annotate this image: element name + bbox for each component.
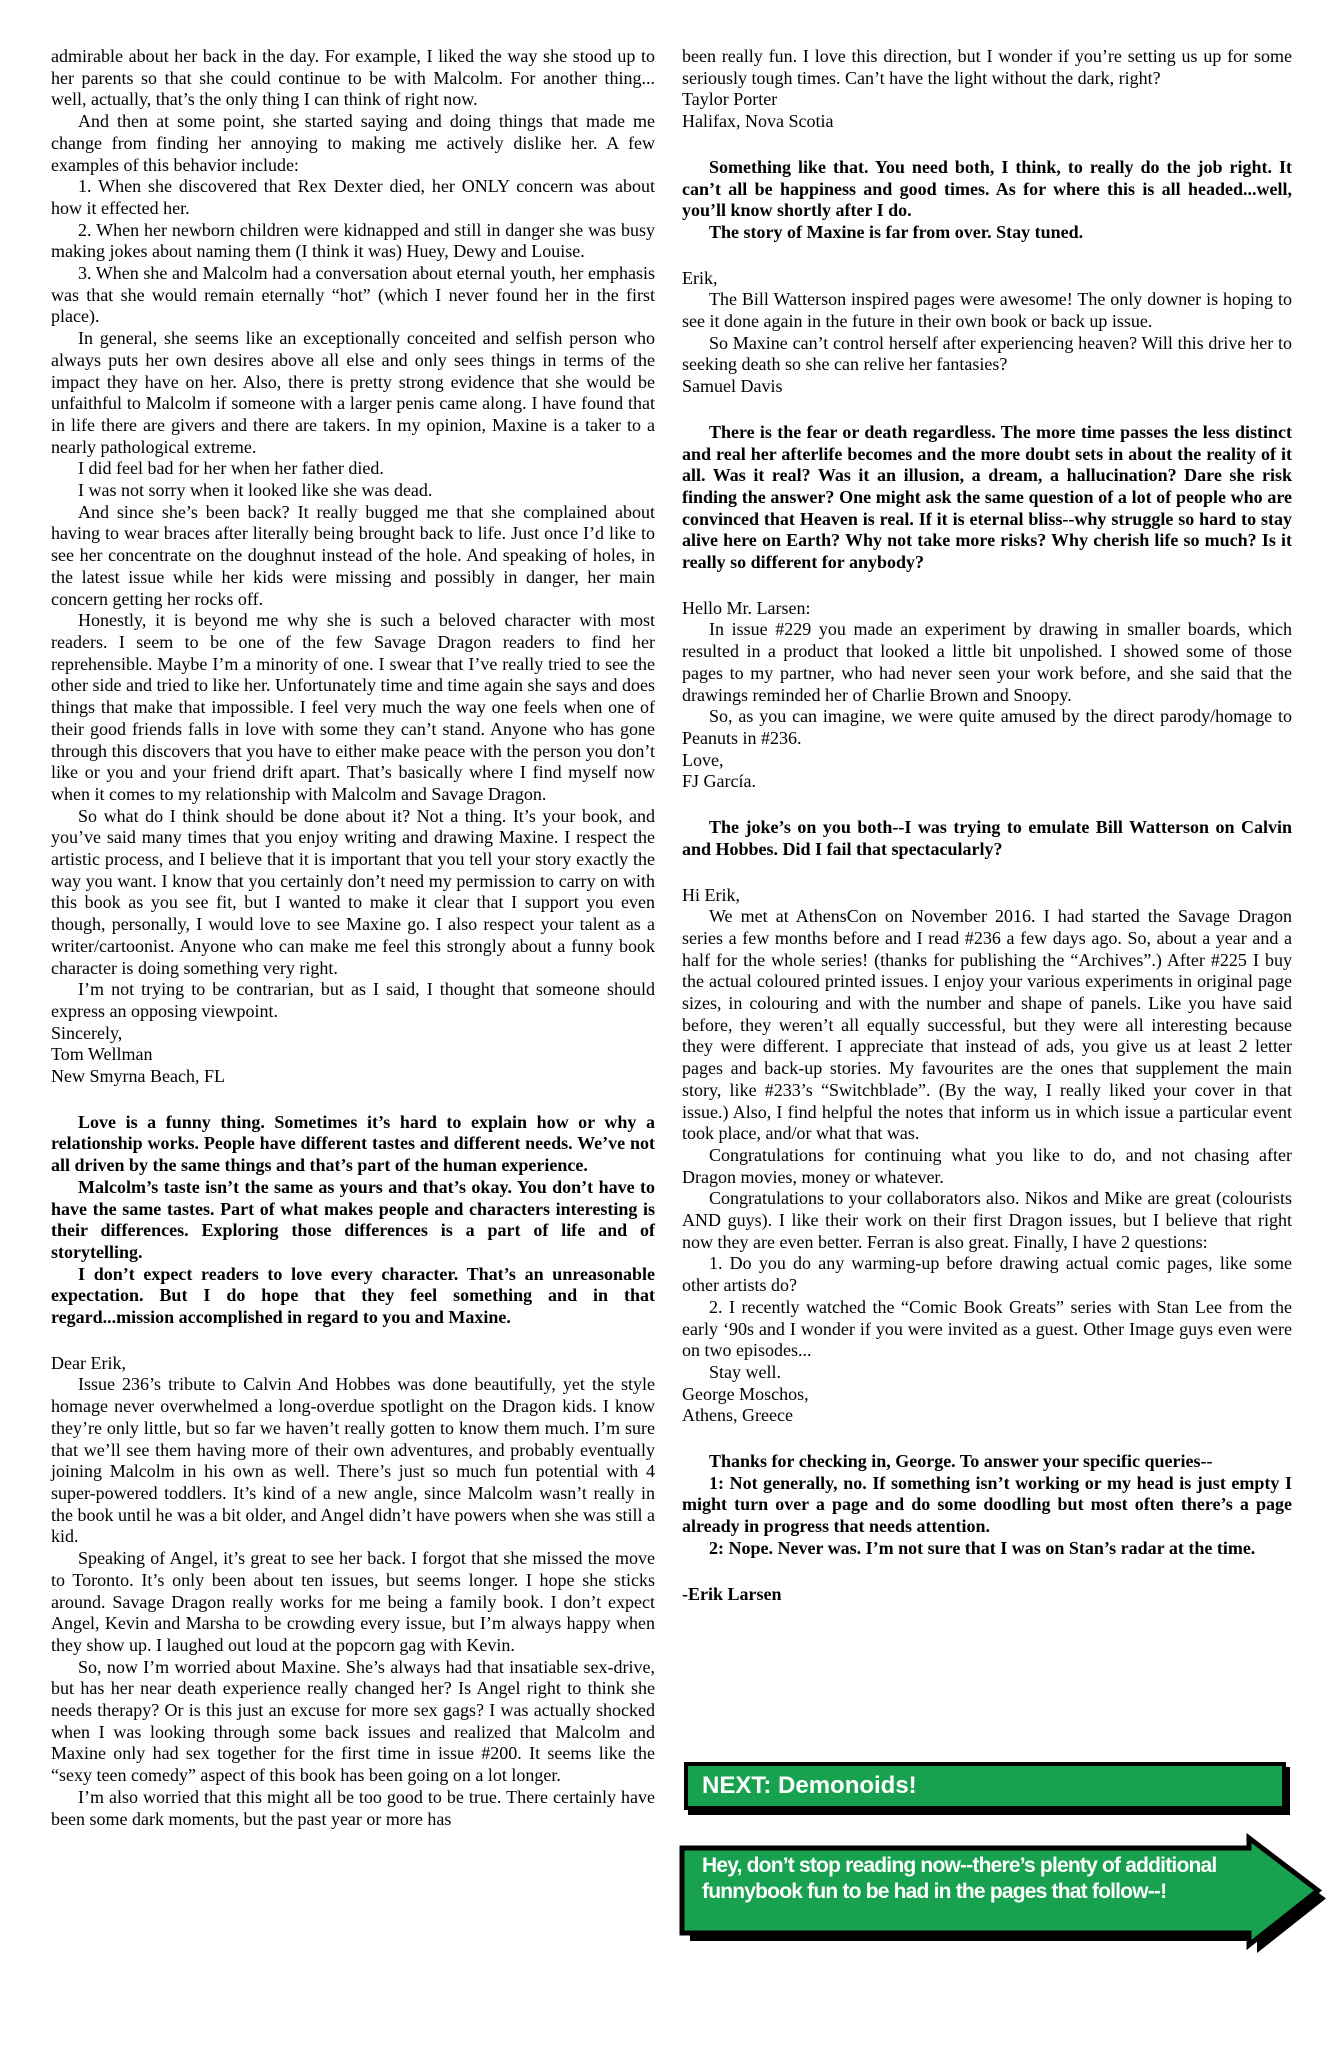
paragraph: 2. I recently watched the “Comic Book Gr… <box>682 1297 1292 1362</box>
paragraph: I’m not trying to be contrarian, but as … <box>51 979 655 1022</box>
paragraph: I did feel bad for her when her father d… <box>51 458 655 480</box>
paragraph-gap <box>682 133 1292 157</box>
paragraph: The Bill Watterson inspired pages were a… <box>682 289 1292 332</box>
paragraph: Congratulations for continuing what you … <box>682 1145 1292 1188</box>
paragraph: Hello Mr. Larsen: <box>682 598 1292 620</box>
signature-line: Taylor Porter <box>682 89 1292 111</box>
signature-line: Athens, Greece <box>682 1405 1292 1427</box>
editor-reply-paragraph: Thanks for checking in, George. To answe… <box>682 1451 1292 1473</box>
editor-reply-paragraph: 2: Nope. Never was. I’m not sure that I … <box>682 1538 1292 1560</box>
letters-page: admirable about her back in the day. For… <box>0 0 1332 2048</box>
editor-reply-paragraph: The joke’s on you both--I was trying to … <box>682 817 1292 860</box>
paragraph: Speaking of Angel, it’s great to see her… <box>51 1548 655 1657</box>
paragraph: Hi Erik, <box>682 885 1292 907</box>
editor-reply-paragraph: I don’t expect readers to love every cha… <box>51 1264 655 1329</box>
paragraph-gap <box>51 1329 655 1353</box>
paragraph-gap <box>682 244 1292 268</box>
paragraph: 1. Do you do any warming-up before drawi… <box>682 1253 1292 1296</box>
right-column: been really fun. I love this direction, … <box>682 46 1292 1605</box>
paragraph-gap <box>682 1560 1292 1584</box>
editor-reply-paragraph: Something like that. You need both, I th… <box>682 157 1292 222</box>
signature-line: Tom Wellman <box>51 1044 655 1066</box>
paragraph-gap <box>682 574 1292 598</box>
paragraph: And then at some point, she started sayi… <box>51 111 655 176</box>
editor-reply-paragraph: Love is a funny thing. Sometimes it’s ha… <box>51 1112 655 1177</box>
paragraph: So Maxine can’t control herself after ex… <box>682 333 1292 376</box>
paragraph: So, now I’m worried about Maxine. She’s … <box>51 1657 655 1787</box>
paragraph: 3. When she and Malcolm had a conversati… <box>51 263 655 328</box>
paragraph: Dear Erik, <box>51 1353 655 1375</box>
paragraph: And since she’s been back? It really bug… <box>51 502 655 611</box>
paragraph: Erik, <box>682 268 1292 290</box>
signature-line: Love, <box>682 750 1292 772</box>
editor-reply-paragraph: Malcolm’s taste isn’t the same as yours … <box>51 1177 655 1264</box>
signature-line: Samuel Davis <box>682 376 1292 398</box>
continue-reading-text: Hey, don’t stop reading now--there’s ple… <box>702 1853 1216 1905</box>
editor-signature: -Erik Larsen <box>682 1584 1292 1606</box>
paragraph: We met at AthensCon on November 2016. I … <box>682 906 1292 1145</box>
paragraph: I’m also worried that this might all be … <box>51 1787 655 1830</box>
signature-line: George Moschos, <box>682 1384 1292 1406</box>
next-issue-banner: NEXT: Demonoids! <box>684 1762 1286 1810</box>
paragraph: In issue #229 you made an experiment by … <box>682 619 1292 706</box>
signature-line: Sincerely, <box>51 1023 655 1045</box>
left-column: admirable about her back in the day. For… <box>51 46 655 1830</box>
paragraph: 2. When her newborn children were kidnap… <box>51 220 655 263</box>
paragraph: Stay well. <box>682 1362 1292 1384</box>
paragraph-gap <box>682 861 1292 885</box>
paragraph: Congratulations to your collaborators al… <box>682 1188 1292 1253</box>
paragraph: admirable about her back in the day. For… <box>51 46 655 111</box>
paragraph-gap <box>51 1088 655 1112</box>
next-issue-label: NEXT: Demonoids! <box>702 1772 917 1800</box>
paragraph-gap <box>682 398 1292 422</box>
paragraph: been really fun. I love this direction, … <box>682 46 1292 89</box>
signature-line: Halifax, Nova Scotia <box>682 111 1292 133</box>
continue-reading-line2: funnybook fun to be had in the pages tha… <box>702 1879 1216 1905</box>
paragraph: Honestly, it is beyond me why she is suc… <box>51 610 655 805</box>
paragraph-gap <box>682 793 1292 817</box>
editor-reply-paragraph: 1: Not generally, no. If something isn’t… <box>682 1473 1292 1538</box>
signature-line: FJ García. <box>682 771 1292 793</box>
paragraph: I was not sorry when it looked like she … <box>51 480 655 502</box>
paragraph: So what do I think should be done about … <box>51 806 655 980</box>
paragraph-gap <box>682 1427 1292 1451</box>
paragraph: Issue 236’s tribute to Calvin And Hobbes… <box>51 1374 655 1548</box>
editor-reply-paragraph: The story of Maxine is far from over. St… <box>682 222 1292 244</box>
continue-reading-line1: Hey, don’t stop reading now--there’s ple… <box>702 1853 1216 1879</box>
paragraph: In general, she seems like an exceptiona… <box>51 328 655 458</box>
continue-reading-banner: Hey, don’t stop reading now--there’s ple… <box>678 1833 1332 1958</box>
editor-reply-paragraph: There is the fear or death regardless. T… <box>682 422 1292 574</box>
signature-line: New Smyrna Beach, FL <box>51 1066 655 1088</box>
paragraph: So, as you can imagine, we were quite am… <box>682 706 1292 749</box>
paragraph: 1. When she discovered that Rex Dexter d… <box>51 176 655 219</box>
